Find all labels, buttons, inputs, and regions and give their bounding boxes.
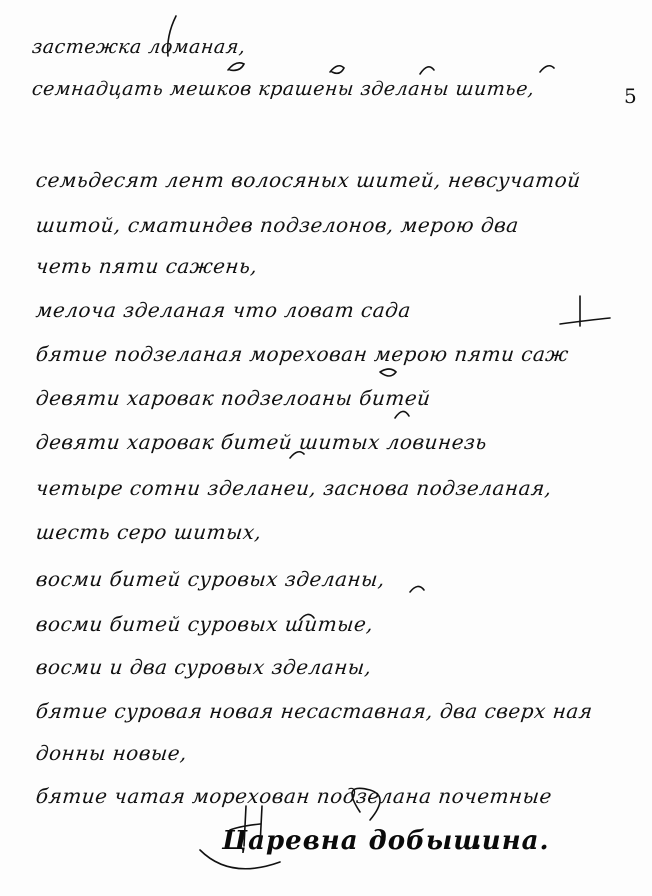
marginal-page-number: 5 [624,84,637,108]
manuscript-line-13: восми битей суровых шитые, [35,612,375,636]
manuscript-line-6: мелоча зделаная что ловат сада [35,298,412,322]
manuscript-line-9: девяти харовак битей шитых ловинезь [35,430,488,454]
signature: Царевна добышина. [222,826,550,856]
manuscript-line-3: семьдесят лент волосяных шитей, невсучат… [35,168,582,192]
manuscript-line-10: четыре сотни зделанеи, заснова подзелана… [35,476,553,500]
manuscript-line-15: бятие суровая новая несаставная, два све… [35,699,594,723]
manuscript-line-1: застежка ломаная, [31,36,247,58]
manuscript-line-8: девяти харовак подзелоаны битей [35,386,432,410]
manuscript-line-4: шитой, сматиндев подзелонов, мерою два [35,213,520,237]
manuscript-page: застежка ломаная, семнадцать мешков краш… [0,0,652,896]
manuscript-line-7: бятие подзеланая морехован мерою пяти са… [35,342,570,366]
manuscript-line-11: шесть серо шитых, [35,520,263,544]
manuscript-line-12: восми битей суровых зделаны, [35,567,386,591]
manuscript-line-17: бятие чатая морехован подзелана почетные [35,784,553,808]
manuscript-line-2: семнадцать мешков крашены зделаны шитье, [31,78,536,100]
manuscript-line-16: донны новые, [35,741,189,765]
manuscript-line-5: четь пяти сажень, [35,254,259,278]
manuscript-line-14: восми и два суровых зделаны, [35,655,373,679]
